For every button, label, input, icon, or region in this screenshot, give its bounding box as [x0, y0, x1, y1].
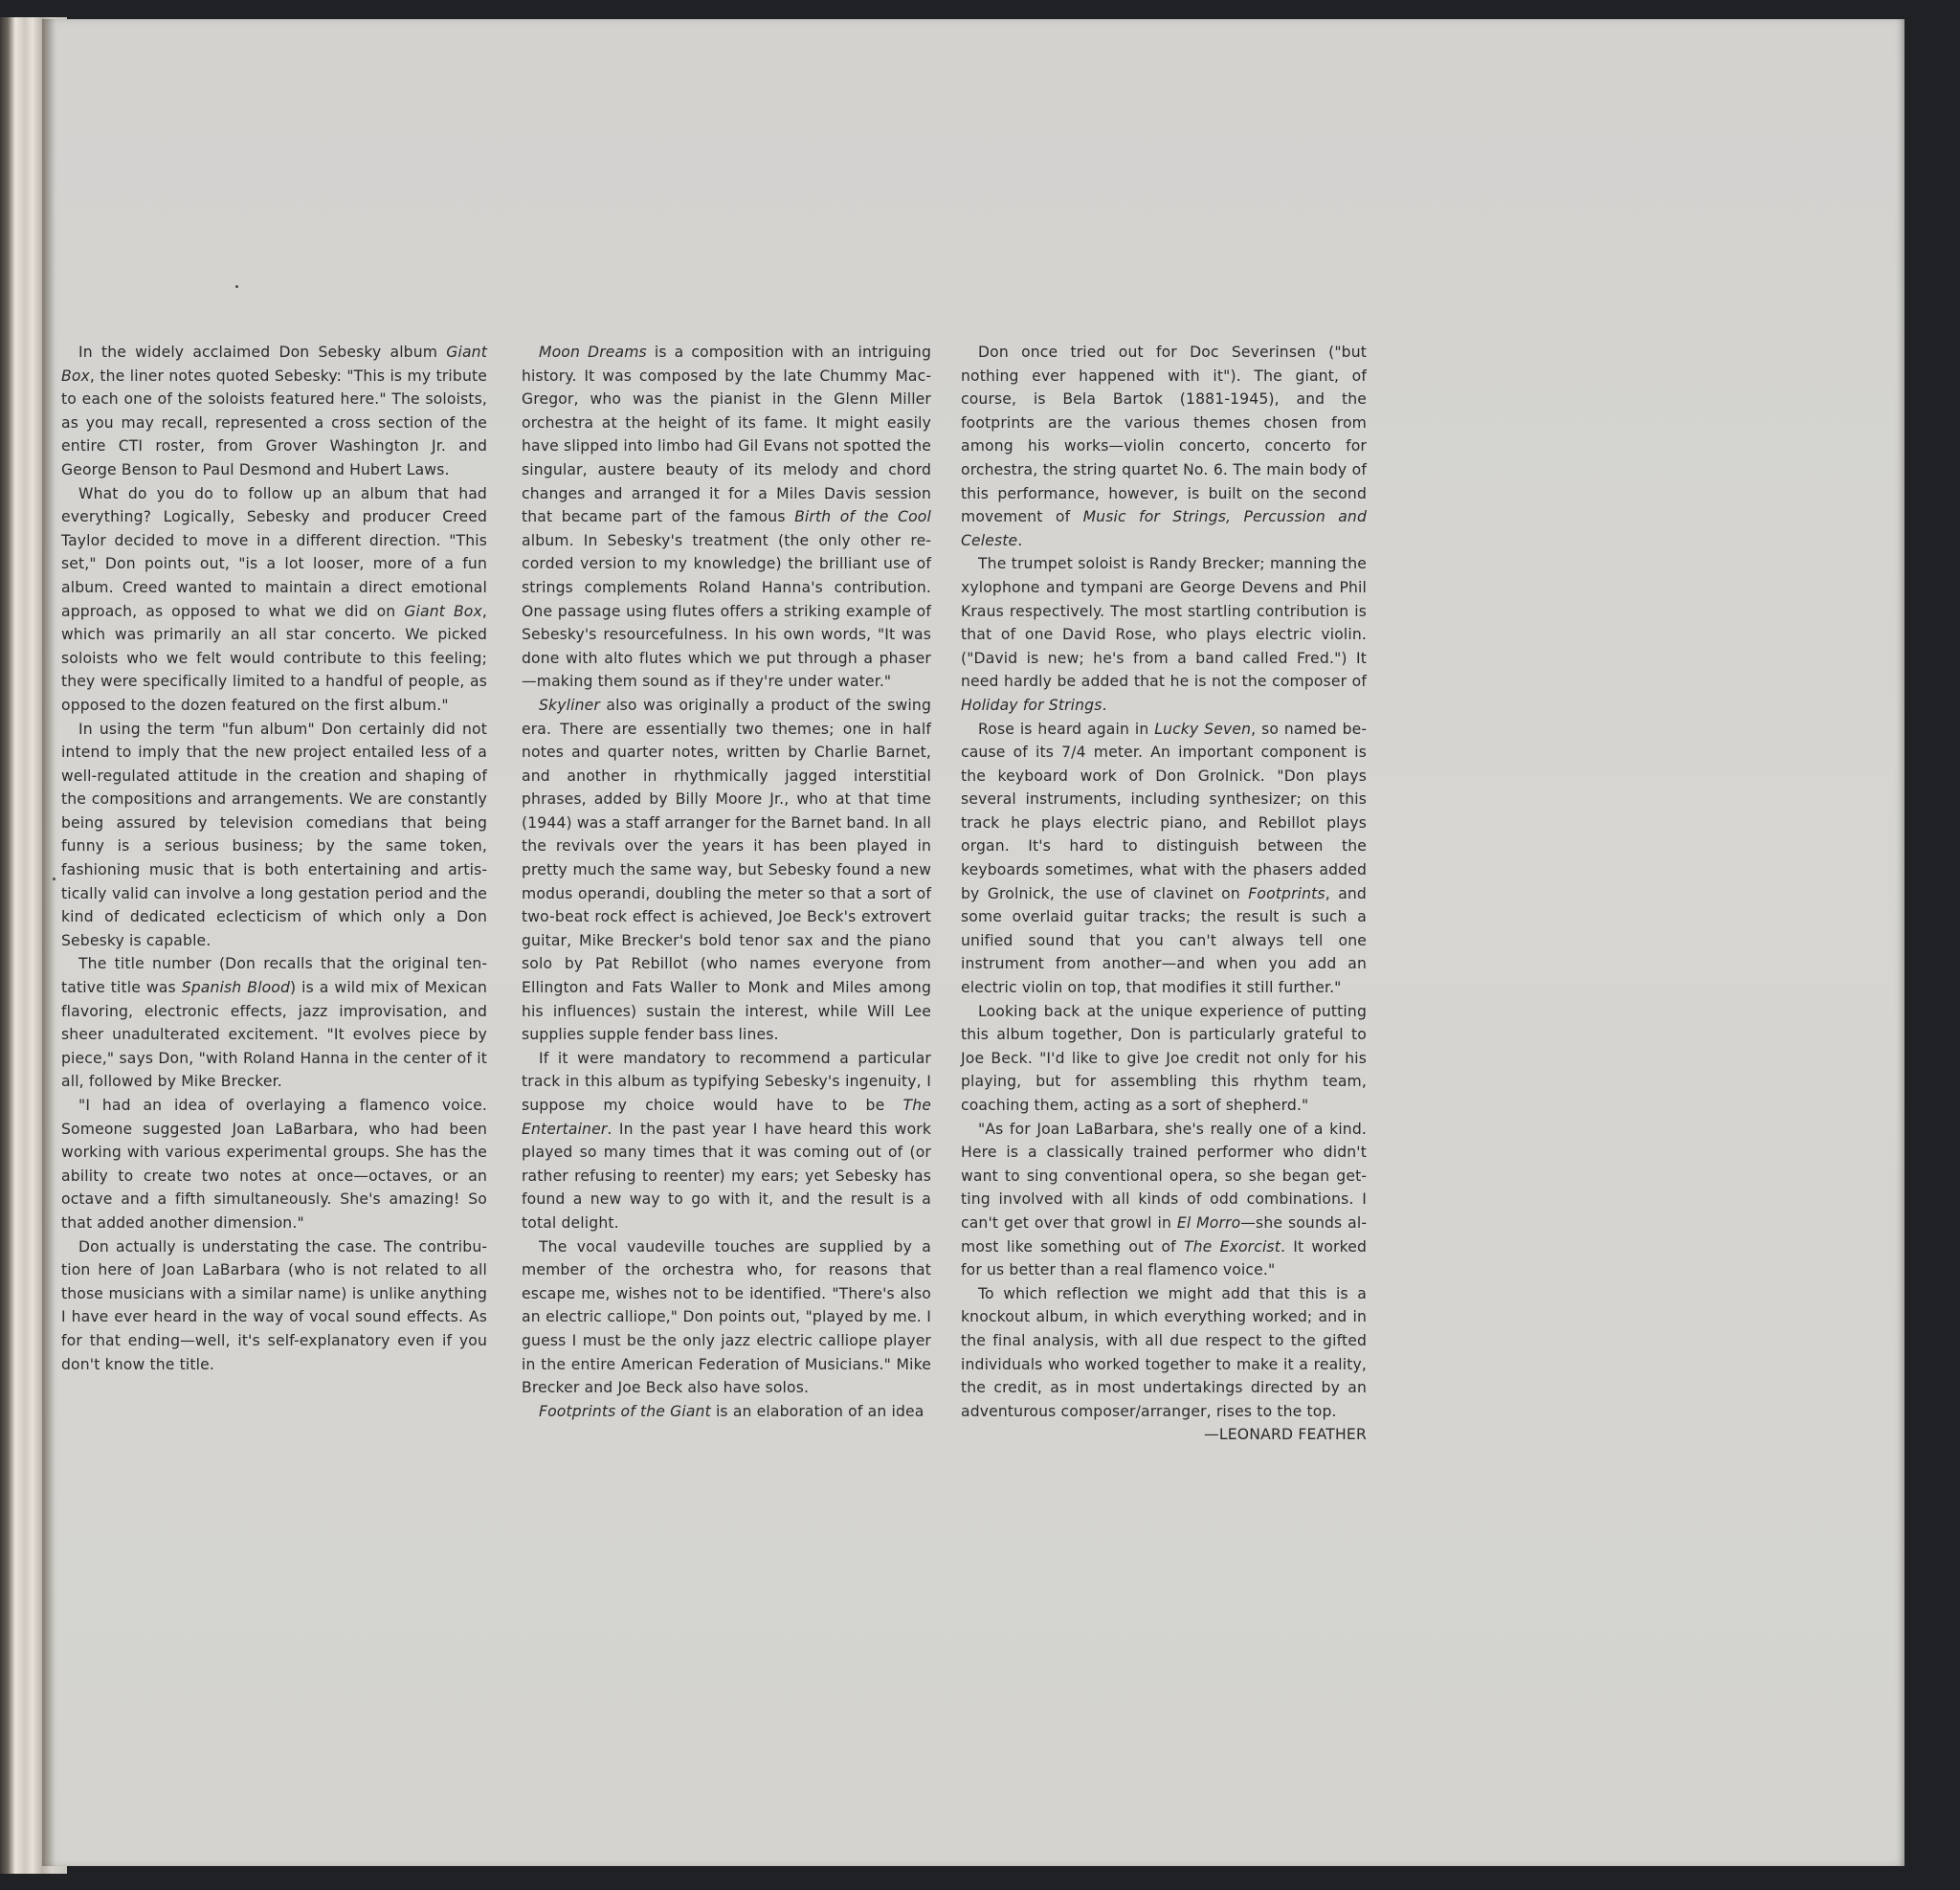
- paragraph: Moon Dreams is a composition with an int…: [522, 341, 931, 694]
- title-italic: Lucky Seven: [1154, 721, 1251, 738]
- paragraph: If it were mandatory to recommend a part…: [522, 1047, 931, 1235]
- paragraph: The trumpet soloist is Randy Brecker; ma…: [961, 552, 1367, 717]
- title-italic: Holiday for Strings: [961, 697, 1102, 714]
- paragraph: Footprints of the Giant is an elaboratio…: [522, 1400, 931, 1424]
- title-italic: Music for Strings, Percussion and Celest…: [961, 508, 1367, 549]
- paragraph: "I had an idea of overlaying a flamenco …: [61, 1094, 487, 1235]
- title-italic: Giant Box: [404, 603, 482, 620]
- title-italic: Birth of the Cool: [794, 508, 931, 525]
- author-signature: —LEONARD FEATHER: [961, 1423, 1367, 1447]
- title-italic: Spanish Blood: [182, 979, 290, 996]
- paragraph: Looking back at the unique experience of…: [961, 1000, 1367, 1118]
- paragraph: "As for Joan LaBarbara, she's really one…: [961, 1118, 1367, 1282]
- fold-shadow: [42, 19, 56, 1866]
- title-italic: The Entertainer: [522, 1097, 931, 1138]
- paper-speck: [53, 878, 56, 880]
- paragraph: What do you do to follow up an album tha…: [61, 482, 487, 718]
- text-column-1: In the widely acclaimed Don Sebesky albu…: [61, 341, 487, 1376]
- title-italic: El Morro: [1177, 1214, 1240, 1232]
- title-italic: The Exorcist: [1184, 1238, 1281, 1256]
- paragraph: In using the term "fun album" Don certai…: [61, 718, 487, 953]
- paragraph: Rose is heard again in Lucky Seven, so n…: [961, 718, 1367, 1000]
- paragraph: Don actually is understating the case. T…: [61, 1235, 487, 1377]
- title-italic: Footprints: [1248, 885, 1325, 902]
- paper-speck: [235, 285, 238, 288]
- title-italic: Giant Box: [61, 344, 487, 385]
- paragraph: The vocal vaudeville touches are supplie…: [522, 1235, 931, 1400]
- title-italic: Footprints of the Giant: [539, 1403, 711, 1420]
- title-italic: Moon Dreams: [539, 344, 647, 361]
- paragraph: The title number (Don recalls that the o…: [61, 952, 487, 1094]
- title-italic: Skyliner: [539, 697, 600, 714]
- paragraph: In the widely acclaimed Don Sebesky albu…: [61, 341, 487, 482]
- text-column-2: Moon Dreams is a composition with an int…: [522, 341, 931, 1423]
- paragraph: Don once tried out for Doc Severinsen ("…: [961, 341, 1367, 552]
- paragraph: To which reflection we might add that th…: [961, 1282, 1367, 1424]
- paragraph: Skyliner also was originally a product o…: [522, 694, 931, 1047]
- text-column-3: Don once tried out for Doc Severinsen ("…: [961, 341, 1367, 1447]
